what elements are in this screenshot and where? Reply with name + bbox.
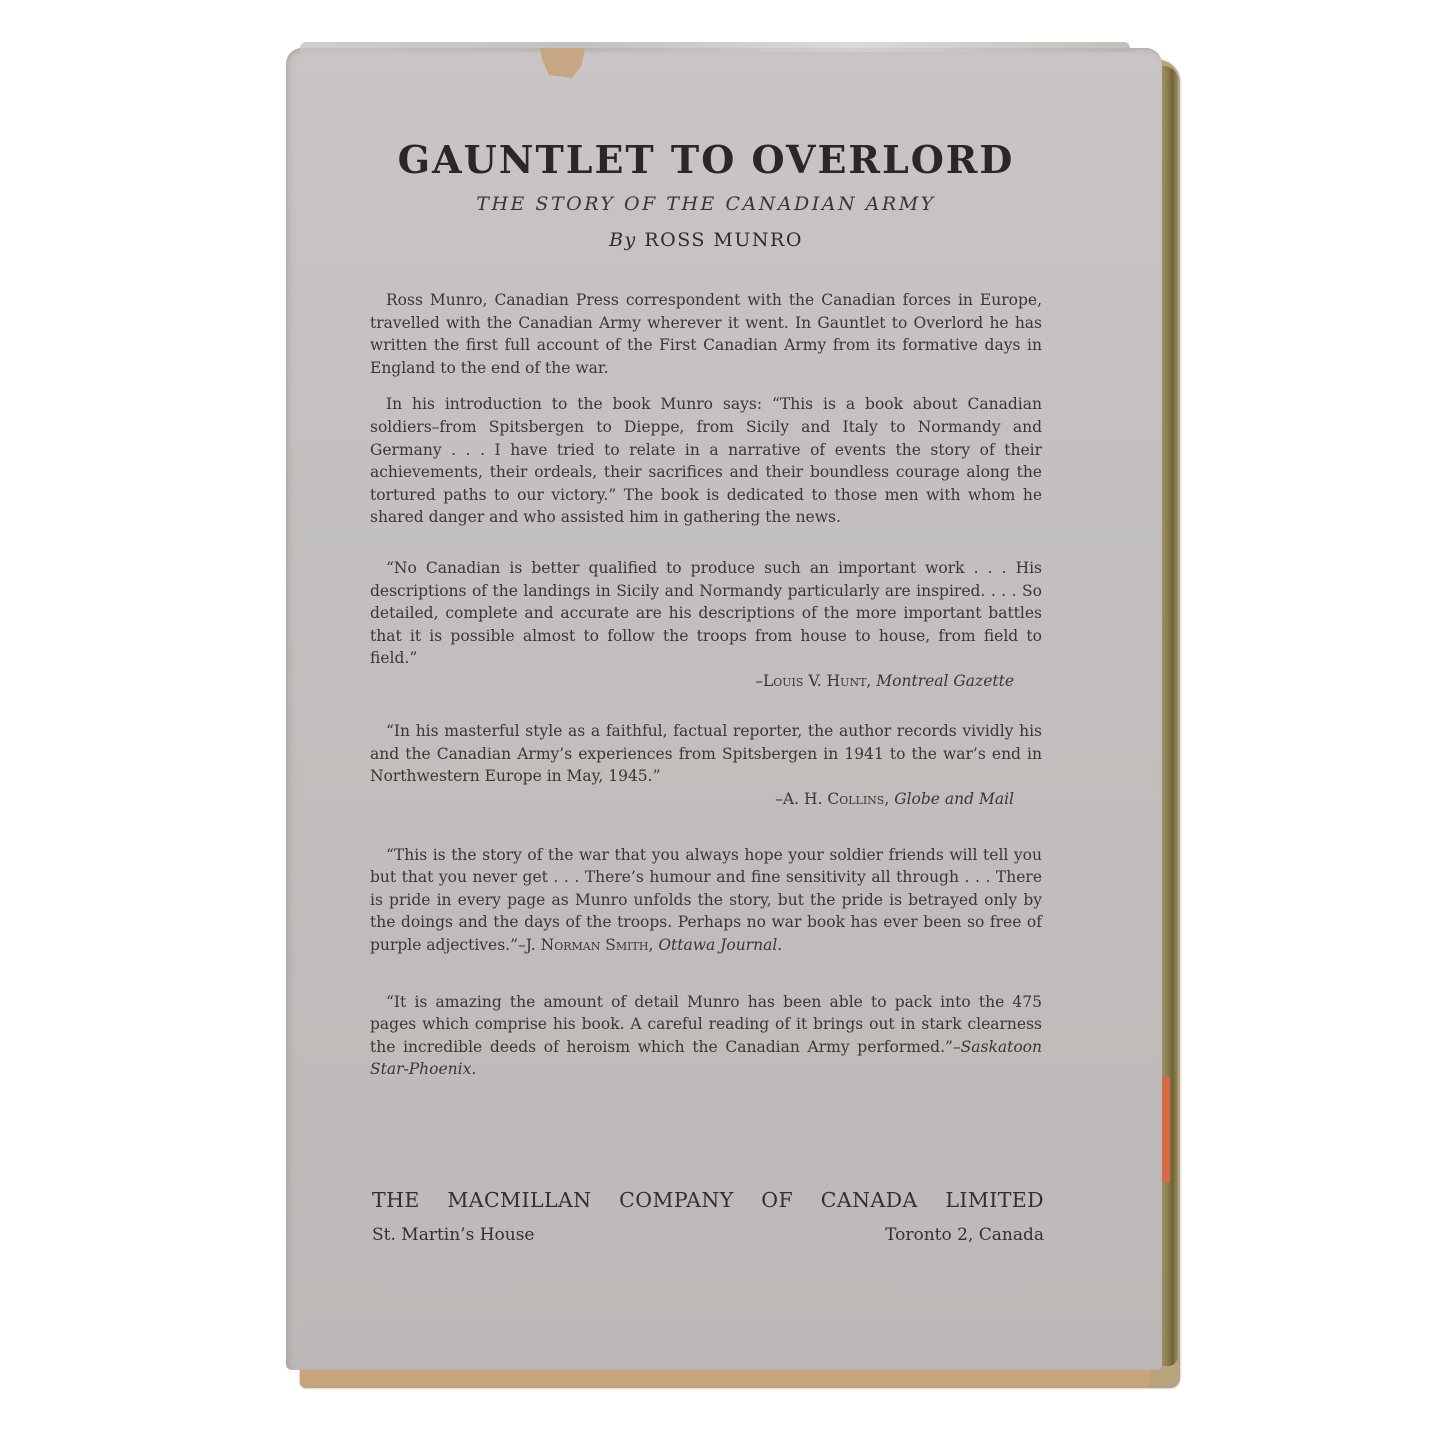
book-title: GAUNTLET TO OVERLORD [370,135,1042,185]
review-block: “This is the story of the war that you a… [370,844,1042,957]
jacket-frayed-top-edge [300,42,1130,52]
publisher-name: THE MACMILLAN COMPANY OF CANADA LIMITED [372,1186,1044,1214]
review-quote: “It is amazing the amount of detail Munr… [370,993,1042,1056]
publisher-address-left: St. Martin’s House [372,1222,535,1248]
description-paragraph: Ross Munro, Canadian Press correspondent… [370,289,1042,379]
review-attribution: –A. H. Collins, Globe and Mail [370,788,1042,810]
review-quote-with-attribution: “It is amazing the amount of detail Munr… [370,991,1042,1081]
review-quote: “In his masterful style as a faithful, f… [370,720,1042,788]
review-publication: Globe and Mail [894,790,1014,808]
review-publication: Montreal Gazette [876,672,1014,690]
review-author: –Louis V. Hunt, [755,672,871,690]
review-block: “It is amazing the amount of detail Munr… [370,991,1042,1081]
publisher-address: St. Martin’s House Toronto 2, Canada [372,1222,1044,1248]
book-subtitle: THE STORY OF THE CANADIAN ARMY [370,191,1042,217]
review-attribution: –Louis V. Hunt, Montreal Gazette [370,670,1042,692]
review-publication: Ottawa Journal. [658,936,782,954]
description-paragraph: In his introduction to the book Munro sa… [370,393,1042,529]
review-block: “In his masterful style as a faithful, f… [370,720,1042,810]
review-block: “No Canadian is better qualified to prod… [370,557,1042,692]
author-name: ROSS MUNRO [644,229,803,251]
publisher-address-right: Toronto 2, Canada [885,1222,1044,1248]
review-author: –A. H. Collins, [775,790,889,808]
publisher-imprint: THE MACMILLAN COMPANY OF CANADA LIMITED … [372,1186,1044,1248]
review-author: – [953,1038,961,1056]
back-cover-text: GAUNTLET TO OVERLORD THE STORY OF THE CA… [370,135,1042,1081]
byline: By ROSS MUNRO [370,227,1042,253]
review-quote: “No Canadian is better qualified to prod… [370,557,1042,670]
byline-prefix: By [609,229,637,251]
review-author: –J. Norman Smith, [518,936,653,954]
review-quote-with-attribution: “This is the story of the war that you a… [370,844,1042,957]
